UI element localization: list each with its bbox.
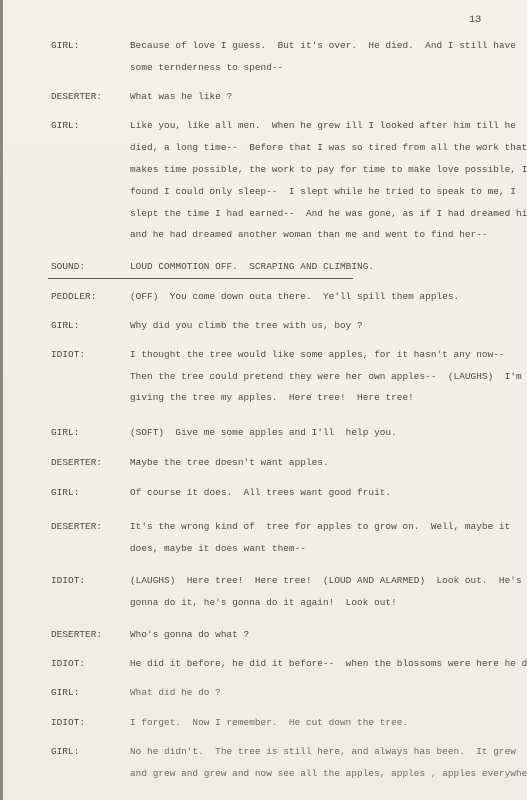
dialogue-line: Of course it does. All trees want good f… [130,487,391,499]
dialogue-line: died, a long time-- Before that I was so… [130,142,527,154]
dialogue-line: No he didn't. The tree is still here, an… [130,746,516,758]
dialogue-line: I thought the tree would like some apple… [130,349,505,361]
speaker-label: IDIOT: [51,349,85,361]
speaker-label: DESERTER: [51,629,102,641]
dialogue-line: (LAUGHS) Here tree! Here tree! (LOUD AND… [130,575,522,587]
speaker-label: DESERTER: [51,521,102,533]
dialogue-line: What did he do ? [130,687,221,699]
dialogue-line: Then the tree could pretend they were he… [130,371,522,383]
dialogue-line: makes time possible, the work to pay for… [130,164,527,176]
dialogue-line: Why did you climb the tree with us, boy … [130,320,363,332]
dialogue-line: (SOFT) Give me some apples and I'll help… [130,427,397,439]
speaker-label: GIRL: [51,320,79,332]
speaker-label: IDIOT: [51,717,85,729]
dialogue-line: Because of love I guess. But it's over. … [130,40,516,52]
dialogue-line: slept the time I had earned-- And he was… [130,208,527,220]
dialogue-line: (OFF) You come down outa there. Ye'll sp… [130,291,459,303]
speaker-label: GIRL: [51,427,79,439]
speaker-label: DESERTER: [51,457,102,469]
dialogue-line: and he had dreamed another woman than me… [130,229,488,241]
typewritten-page: 13 GIRL:Because of love I guess. But it'… [3,0,527,800]
dialogue-line: some ternderness to spend-- [130,62,283,74]
speaker-label: IDIOT: [51,575,85,587]
dialogue-line: giving the tree my apples. Here tree! He… [130,392,414,404]
sound-cue-text: LOUD COMMOTION OFF. SCRAPING AND CLIMBIN… [130,261,374,273]
dialogue-line: and grew and grew and now see all the ap… [130,768,527,780]
dialogue-line: Who's gonna do what ? [130,629,249,641]
dialogue-line: What was he like ? [130,91,232,103]
speaker-label: IDIOT: [51,658,85,670]
dialogue-line: Like you, like all men. When he grew ill… [130,120,516,132]
speaker-label: SOUND: [51,261,85,273]
speaker-label: GIRL: [51,687,79,699]
speaker-label: GIRL: [51,120,79,132]
speaker-label: DESERTER: [51,91,102,103]
dialogue-line: gonna do it, he's gonna do it again! Loo… [130,597,397,609]
sound-cue-underline [48,278,353,279]
dialogue-line: It's the wrong kind of tree for apples t… [130,521,510,533]
speaker-label: PEDDLER: [51,291,96,303]
speaker-label: GIRL: [51,746,79,758]
page-number: 13 [469,15,481,26]
dialogue-line: He did it before, he did it before-- whe… [130,658,527,670]
speaker-label: GIRL: [51,40,79,52]
speaker-label: GIRL: [51,487,79,499]
dialogue-line: Maybe the tree doesn't want apples. [130,457,329,469]
dialogue-line: found I could only sleep-- I slept while… [130,186,516,198]
dialogue-line: I forget. Now I remember. He cut down th… [130,717,408,729]
dialogue-line: does, maybe it does want them-- [130,543,306,555]
